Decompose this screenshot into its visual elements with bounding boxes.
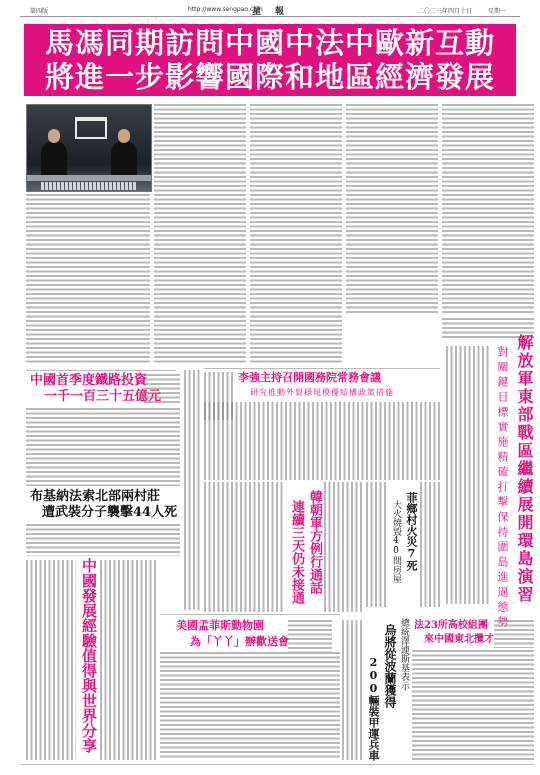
philippines-subhead: 大火燒毀40間房屋 xyxy=(390,500,402,583)
pla-body xyxy=(446,346,490,604)
ukraine-body xyxy=(342,620,362,760)
memphis-headline-1: 美國孟菲斯動物園 xyxy=(176,620,264,633)
desk xyxy=(27,175,151,181)
ukraine-headline-2: 200輛裝甲運兵車 xyxy=(366,656,380,761)
newspaper-title: 星報 xyxy=(252,4,298,17)
france-dateline xyxy=(494,620,534,648)
memphis-body xyxy=(160,652,340,760)
france-body xyxy=(412,650,534,760)
burkina-headline-2: 遭武裝分子襲擊44人死 xyxy=(42,506,177,521)
railway-headline-1: 中國首季度鐵路投資 xyxy=(30,374,147,389)
pla-headline: 解放軍東部戰區繼續展開環島演習 xyxy=(514,334,534,604)
france-headline-2: 來中國東北攬才 xyxy=(424,634,494,646)
masthead: 第四版 http://www.sengpao.com 星報 二〇二三年四月十日 … xyxy=(20,4,520,17)
footer-rule xyxy=(20,764,534,765)
issue-date: 二〇二三年四月十日 xyxy=(418,6,472,15)
main-headline-line-1: 馬馮同期訪問中國中法中歐新互動 xyxy=(45,26,495,60)
korea-body-right xyxy=(324,482,364,612)
lead-article-col-3 xyxy=(250,104,342,364)
burkina-headline-1: 布基納法索北部兩村莊 xyxy=(30,490,160,505)
ukraine-headline-1: 烏將從波蘭獲得 xyxy=(382,624,397,708)
li-qiang-subhead: 研究推動外貿穩規模優結構政策措施 xyxy=(250,388,394,397)
tv-studio-photo xyxy=(26,104,152,192)
divider xyxy=(160,614,340,615)
memphis-headline-2: 為「丫丫」辦歡送會 xyxy=(190,636,289,649)
tv-logo-icon xyxy=(75,117,107,139)
burkina-body xyxy=(26,524,180,556)
france-headline-1: 法23所高校組團 xyxy=(414,620,488,632)
divider xyxy=(26,370,176,371)
li-qiang-body xyxy=(204,402,440,480)
lead-article-col-4 xyxy=(346,104,438,314)
ukraine-kicker: 總統澤連斯基表示 xyxy=(398,618,410,690)
divider xyxy=(204,368,440,369)
photo-caption xyxy=(41,182,137,190)
narrow-column xyxy=(184,370,202,610)
railway-dateline xyxy=(144,374,180,404)
philippines-body-right xyxy=(420,482,442,607)
korea-headline-1: 韓朝軍方例行通話 xyxy=(306,490,322,594)
philippines-headline: 菲鄉村火災7死 xyxy=(404,492,418,571)
lead-article-body xyxy=(26,194,150,364)
main-headline-banner: 馬馮同期訪問中國中法中歐新互動 將進一步影響國際和地區經濟發展 xyxy=(24,24,516,96)
korea-body-left xyxy=(204,482,284,612)
korea-headline-2: 連續三天仍未接通 xyxy=(288,500,304,604)
page-number: 第四版 xyxy=(30,6,48,15)
sharing-headline: 中國發展經驗值得與世界分享 xyxy=(80,558,98,753)
weekday: 星期一 xyxy=(488,6,506,15)
sharing-body-right xyxy=(26,560,76,760)
guest-figure xyxy=(111,141,137,177)
lead-article-col-2 xyxy=(154,104,246,364)
railway-body xyxy=(26,408,180,486)
sharing-body-left xyxy=(100,560,156,760)
memphis-dateline xyxy=(288,620,332,652)
li-qiang-headline: 李強主持召開國務院常務會議 xyxy=(238,372,381,385)
host-figure xyxy=(41,141,67,177)
lead-article-col-5 xyxy=(442,104,534,314)
pla-subhead: 對關鍵目標實施精確打擊保持圍島進逼態勢 xyxy=(494,346,510,631)
main-headline-line-2: 將進一步影響國際和地區經濟發展 xyxy=(45,60,495,94)
philippines-body-left xyxy=(366,482,388,607)
